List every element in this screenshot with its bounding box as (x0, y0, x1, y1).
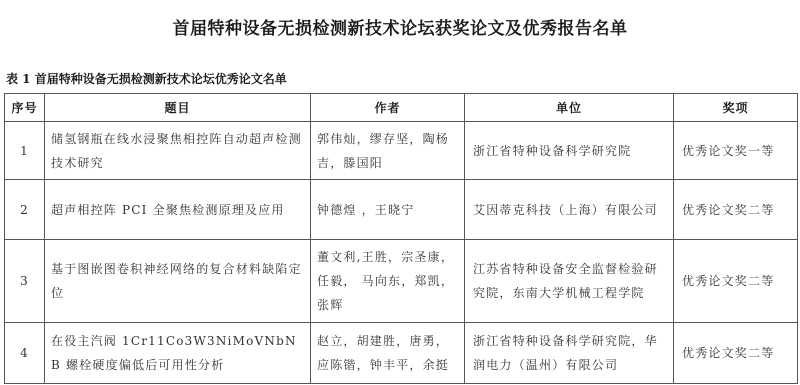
cell-index: 3 (5, 240, 45, 323)
table-header-row: 序号 题目 作者 单位 奖项 (5, 94, 798, 122)
cell-award: 优秀论文奖二等 (674, 323, 798, 384)
cell-title: 储氢钢瓶在线水浸聚焦相控阵自动超声检测技术研究 (45, 122, 311, 180)
cell-authors: 钟德煌 ，王晓宁 (311, 180, 465, 240)
table-row: 4 在役主汽阀 1Cr11Co3W3NiMoVNbNB 螺栓硬度偏低后可用性分析… (5, 323, 798, 384)
table-row: 2 超声相控阵 PCI 全聚焦检测原理及应用 钟德煌 ，王晓宁 艾因蒂克科技（上… (5, 180, 798, 240)
header-index: 序号 (5, 94, 45, 122)
cell-title: 在役主汽阀 1Cr11Co3W3NiMoVNbNB 螺栓硬度偏低后可用性分析 (45, 323, 311, 384)
cell-title: 超声相控阵 PCI 全聚焦检测原理及应用 (45, 180, 311, 240)
cell-unit: 江苏省特种设备安全监督检验研究院，东南大学机械工程学院 (465, 240, 674, 323)
cell-unit: 浙江省特种设备科学研究院，华润电力（温州）有限公司 (465, 323, 674, 384)
cell-authors: 郭伟灿，缪存坚，陶杨吉，滕国阳 (311, 122, 465, 180)
cell-index: 2 (5, 180, 45, 240)
cell-award: 优秀论文奖一等 (674, 122, 798, 180)
cell-award: 优秀论文奖二等 (674, 180, 798, 240)
header-award: 奖项 (674, 94, 798, 122)
cell-unit: 艾因蒂克科技（上海）有限公司 (465, 180, 674, 240)
cell-authors: 董文利,王胜，宗圣康，任毅， 马向东，郑凯，张辉 (311, 240, 465, 323)
table-row: 3 基于图嵌图卷积神经网络的复合材料缺陷定位 董文利,王胜，宗圣康，任毅， 马向… (5, 240, 798, 323)
document-title: 首届特种设备无损检测新技术论坛获奖论文及优秀报告名单 (0, 14, 800, 39)
cell-unit: 浙江省特种设备科学研究院 (465, 122, 674, 180)
header-authors: 作者 (311, 94, 465, 122)
header-unit: 单位 (465, 94, 674, 122)
table-caption: 表 1 首届特种设备无损检测新技术论坛优秀论文名单 (6, 70, 287, 87)
cell-award: 优秀论文奖二等 (674, 240, 798, 323)
header-title: 题目 (45, 94, 311, 122)
award-table: 序号 题目 作者 单位 奖项 1 储氢钢瓶在线水浸聚焦相控阵自动超声检测技术研究… (4, 93, 798, 384)
table-row: 1 储氢钢瓶在线水浸聚焦相控阵自动超声检测技术研究 郭伟灿，缪存坚，陶杨吉，滕国… (5, 122, 798, 180)
cell-index: 4 (5, 323, 45, 384)
cell-authors: 赵立，胡建胜，唐勇，应陈锴，钟丰平，余挺 (311, 323, 465, 384)
cell-title: 基于图嵌图卷积神经网络的复合材料缺陷定位 (45, 240, 311, 323)
cell-index: 1 (5, 122, 45, 180)
